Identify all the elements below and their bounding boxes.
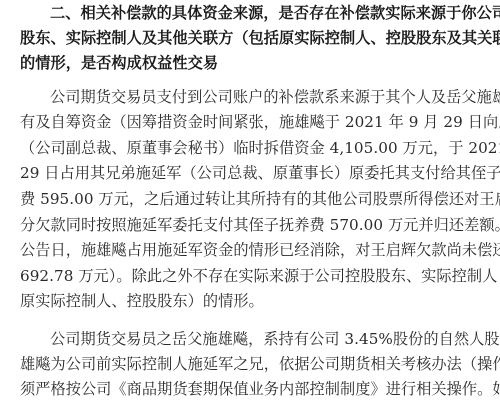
paragraph-line: 原实际控制人、控股股东）的情形。: [20, 289, 264, 314]
paragraph-line: 692.78 万元）。除此之外不存在实际来源于公司控股股东、实际控制人（包括: [20, 264, 480, 289]
paragraph-line: 公司期货交易员之岳父施雄飚，系持有公司 3.45%股份的自然人股东，且施: [50, 327, 480, 352]
paragraph-line: 有及自筹资金（因筹措资金时间紧张，施雄飚于 2021 年 9 月 29 日向朋友…: [20, 110, 480, 135]
paragraph-line: 公告日，施雄飚占用施延军资金的情形已经消除，对王启辉欠款尚未偿还余额为: [20, 238, 480, 263]
paragraph-line: 29 日占用其兄弟施延军（公司总裁、原董事长）原委托其支付给其侄子的抚养: [20, 161, 480, 186]
paragraph-line: 须严格按公司《商品期货套期保值业务内部控制制度》进行相关操作。如果未按: [20, 377, 480, 402]
heading-line: 二、相关补偿款的具体资金来源，是否存在补偿款实际来源于你公司控股: [50, 1, 480, 26]
paragraph-line: （公司副总裁、原董事会秘书）临时拆借资金 4,105.00 万元，于 2021 …: [20, 136, 480, 161]
paragraph-line: 雄飚为公司前实际控制人施延军之兄，依据公司期货相关考核办法（操作人员必: [20, 352, 480, 377]
heading-line: 股东、实际控制人及其他关联方（包括原实际控制人、控股股东及其关联方）: [20, 26, 480, 51]
paragraph-line: 分欠款同时按照施延军委托支付其侄子抚养费 570.00 万元并归还差额。截至本: [20, 213, 480, 238]
paragraph-line: 费 595.00 万元，之后通过转让其所持有的其他公司股票所得偿还对王启辉大部: [20, 187, 480, 212]
paragraph-line: 公司期货交易员支付到公司账户的补偿款系来源于其个人及岳父施雄飚自: [50, 85, 480, 110]
heading-line: 的情形，是否构成权益性交易: [20, 51, 218, 76]
